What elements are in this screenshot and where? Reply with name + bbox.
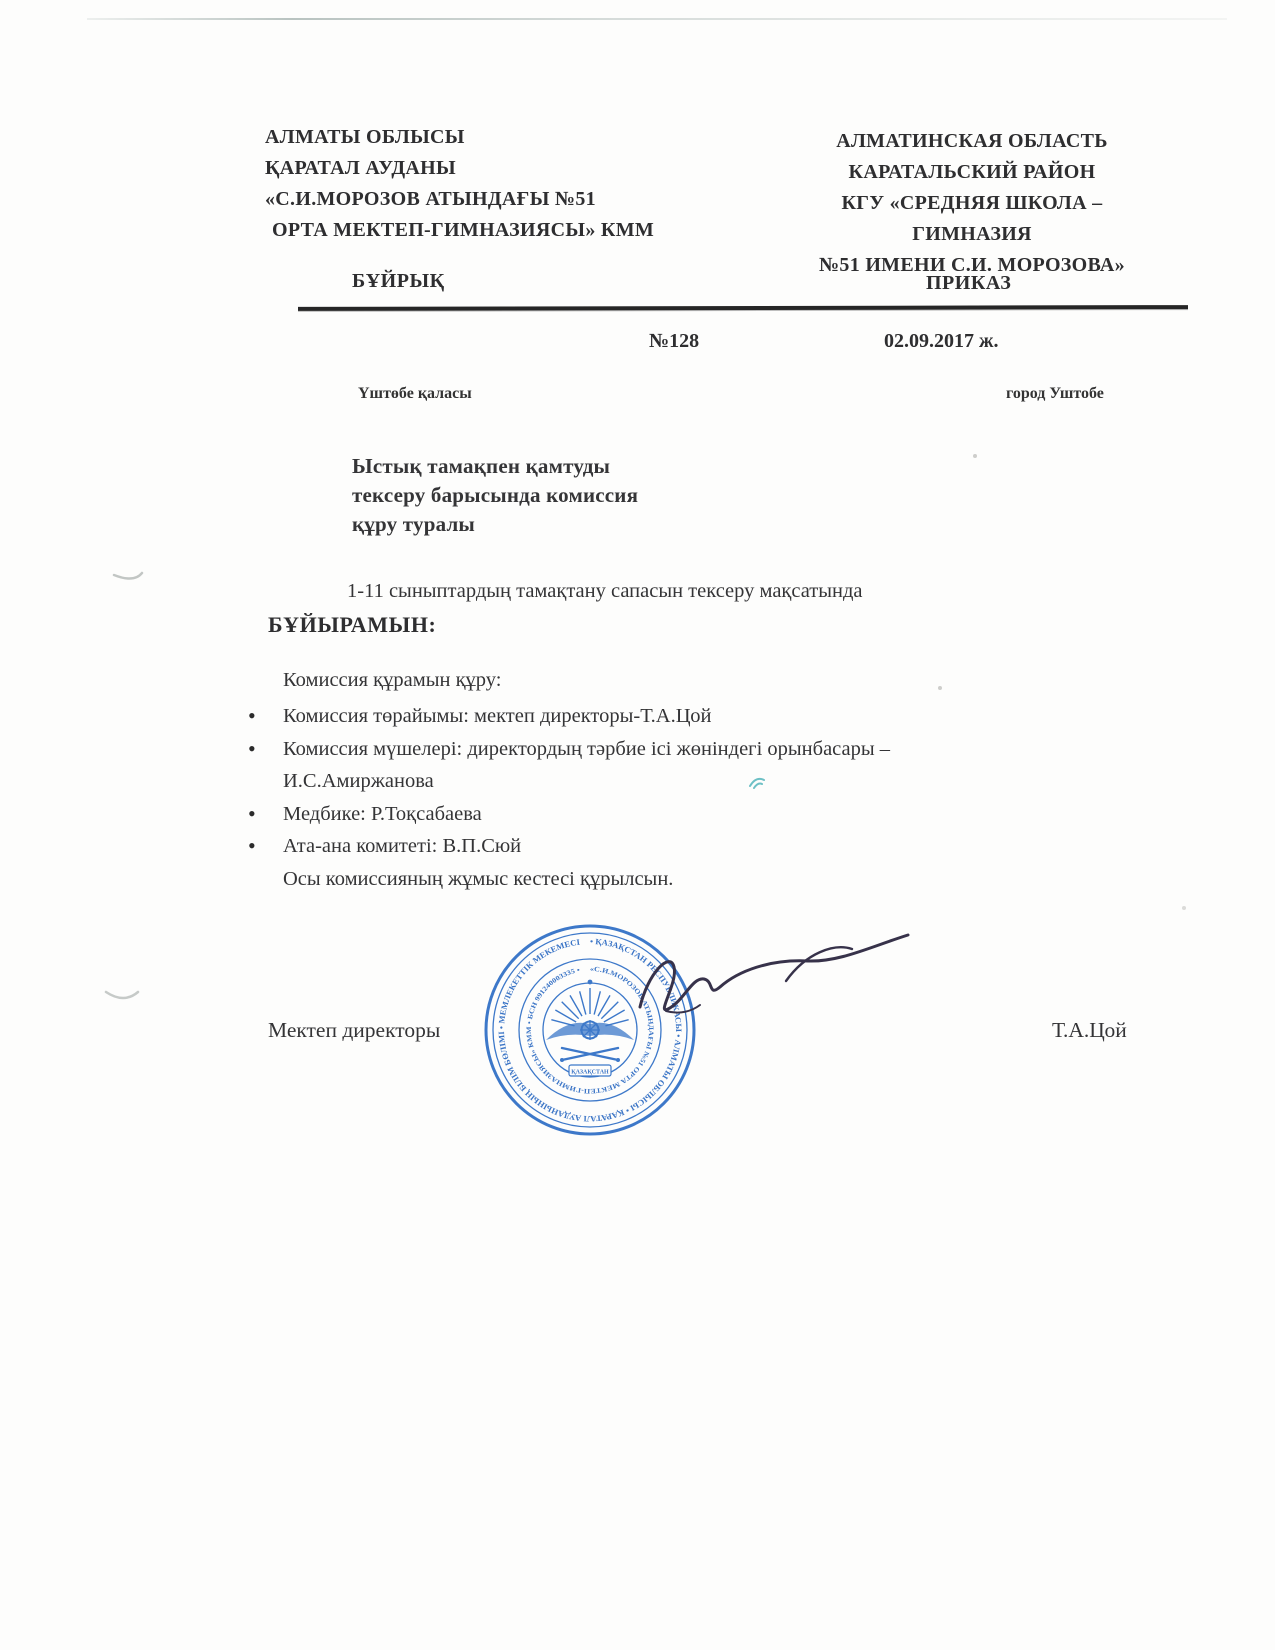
- subject-line: Ыстық тамақпен қамтуды: [352, 452, 638, 481]
- scan-streak: [87, 18, 1227, 20]
- list-item: Ата-ана комитеті: В.П.Сюй: [240, 830, 1032, 863]
- scan-speck: [973, 454, 977, 458]
- city-russian: город Уштобе: [1006, 385, 1104, 403]
- letterhead-line: КГУ «СРЕДНЯЯ ШКОЛА – ГИМНАЗИЯ: [793, 188, 1151, 250]
- letterhead-line: ҚАРАТАЛ АУДАНЫ: [265, 153, 685, 184]
- letterhead-line: КАРАТАЛЬСКИЙ РАЙОН: [793, 157, 1151, 188]
- letterhead-line: «С.И.МОРОЗОВ АТЫНДАҒЫ №51: [265, 184, 685, 215]
- order-date: 02.09.2017 ж.: [884, 330, 999, 353]
- city-kazakh: Үштөбе қаласы: [358, 385, 472, 403]
- letterhead-kazakh: АЛМАТЫ ОБЛЫСЫ ҚАРАТАЛ АУДАНЫ «С.И.МОРОЗО…: [265, 122, 685, 246]
- signature-role: Мектеп директоры: [268, 1018, 440, 1043]
- order-word-kazakh: БҰЙРЫҚ: [352, 270, 445, 293]
- list-item: Комиссия мүшелері: директордың тәрбие іс…: [240, 733, 1032, 798]
- letterhead-line: ОРТА МЕКТЕП-ГИМНАЗИЯСЫ» КММ: [265, 215, 685, 246]
- order-subject: Ыстық тамақпен қамтуды тексеру барысында…: [352, 452, 638, 539]
- scanned-order-document: АЛМАТЫ ОБЛЫСЫ ҚАРАТАЛ АУДАНЫ «С.И.МОРОЗО…: [0, 0, 1275, 1650]
- scan-mark-left-margin: [108, 565, 148, 605]
- list-item: Медбике: Р.Тоқсабаева: [240, 798, 1032, 831]
- director-signature-ink: [608, 915, 938, 1045]
- letterhead-line: АЛМАТЫ ОБЛЫСЫ: [265, 122, 685, 153]
- purpose-line: 1-11 сыныптардың тамақтану сапасын тексе…: [347, 580, 863, 603]
- bullet-list: Комиссия төрайымы: мектеп директоры-Т.А.…: [240, 700, 1032, 863]
- scan-speck: [1182, 906, 1186, 910]
- list-item: Комиссия төрайымы: мектеп директоры-Т.А.…: [240, 700, 1032, 733]
- decree-word: БҰЙЫРАМЫН:: [268, 612, 436, 638]
- order-word-russian: ПРИКАЗ: [926, 272, 1011, 295]
- scan-mark-left-margin: [100, 980, 144, 1024]
- closing-line: Осы комиссияның жұмыс кестесі құрылсын.: [283, 863, 1032, 896]
- letterhead-line: АЛМАТИНСКАЯ ОБЛАСТЬ: [793, 126, 1151, 157]
- list-intro: Комиссия құрамын құру:: [283, 664, 1032, 696]
- letterhead-russian: АЛМАТИНСКАЯ ОБЛАСТЬ КАРАТАЛЬСКИЙ РАЙОН К…: [793, 126, 1151, 281]
- order-number: №128: [649, 330, 699, 353]
- subject-line: тексеру барысында комиссия: [352, 481, 638, 510]
- header-divider-rule: [298, 305, 1188, 311]
- stamp-center-text: ҚАЗАҚСТАН: [571, 1070, 609, 1076]
- commission-list: Комиссия құрамын құру: Комиссия төрайымы…: [240, 664, 1032, 895]
- subject-line: құру туралы: [352, 510, 638, 539]
- signature-name: Т.А.Цой: [1052, 1018, 1127, 1043]
